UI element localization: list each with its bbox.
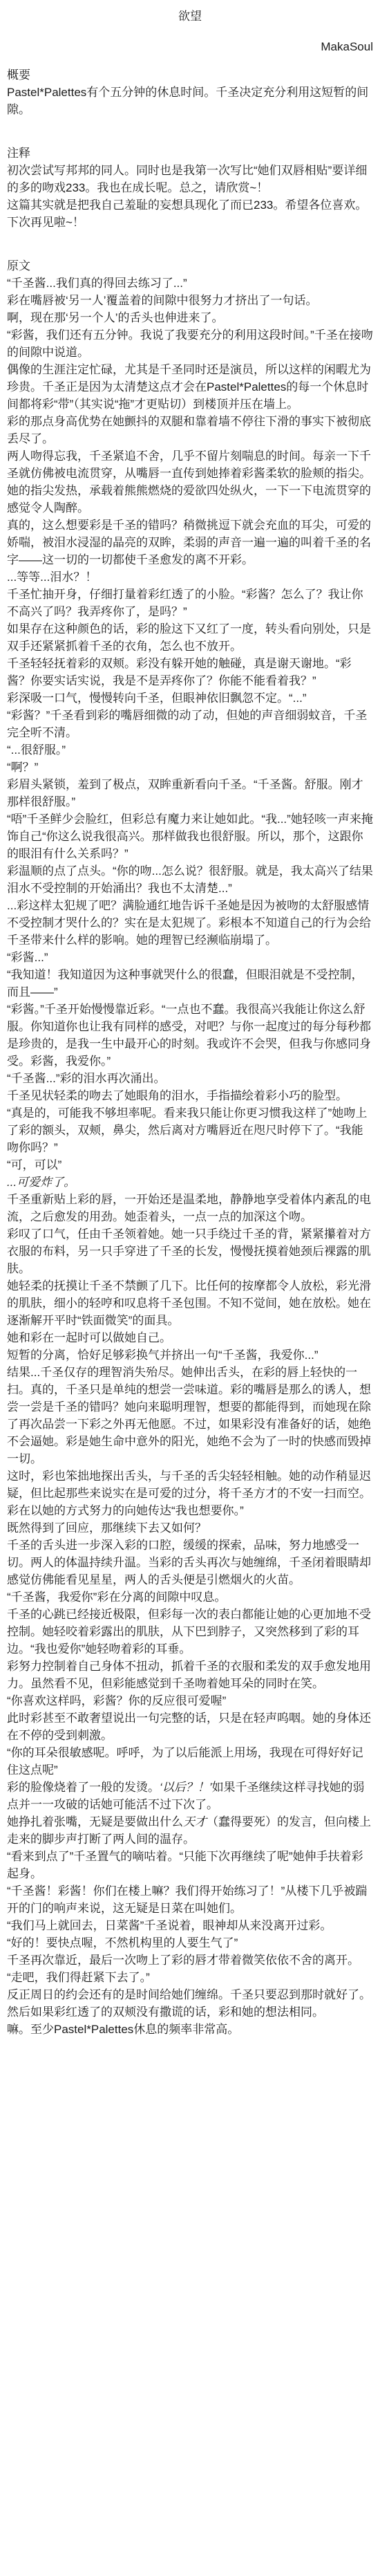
paragraph-run: “唔”千圣鲜少会脸红，但彩总有魔力来让她如此。“我...”她轻咳一声来掩饰自己“… [7,813,373,860]
paragraph: ...等等...泪水？！ [7,568,373,586]
paragraph-run: 两人吻得忘我，千圣紧追不舍，几乎不留片刻喘息的时间。每亲一下千圣就仿佛被电流贯穿… [7,450,371,515]
paragraph-run: 她和彩在一起时可以做她自己。 [7,1331,171,1344]
paragraph-run: 此时彩甚至不敢奢望说出一句完整的话，只是在轻声呜咽。她的身体还在不停的受到刺激。 [7,1712,371,1742]
paragraph: 真的，这么想要彩是千圣的错吗？稍微挑逗下就会充血的耳尖，可爱的娇喘，被泪水浸湿的… [7,517,373,568]
paragraph: “我们马上就回去，日菜酱”千圣说着，眼神却从来没离开过彩。 [7,1917,373,1934]
paragraph: “真是的，可能我不够坦率呢。看来我只能让你更习惯我这样了”她吻上了彩的额头，双颊… [7,1104,373,1156]
paragraph: 彩的脸像烧着了一般的发烫。‘以后？！’如果千圣继续这样寻找她的弱点并一一攻破的话… [7,1779,373,1813]
section-heading: 原文 [7,257,373,275]
paragraph: 千圣重新贴上彩的唇，一开始还是温柔地，静静地享受着体内紊乱的电流，之后愈发的用劲… [7,1191,373,1225]
paragraph-run: Pastel*Palettes有个五分钟的休息时间。千圣决定充分利用这短暂的间隙… [7,86,368,116]
paragraph-run: 短暂的分离，恰好足够彩换气并挤出一句“千圣酱，我爱你...” [7,1349,319,1362]
paragraph: 嘛。至少Pastel*Palettes休息的频率非常高。 [7,2021,373,2038]
paragraph-run: “我知道！我知道因为这种事就哭什么的很蠢，但眼泪就是不受控制，而且——” [7,968,363,999]
paragraph: ...可爱炸了。 [7,1174,373,1191]
paragraph: “彩酱。”千圣开始慢慢靠近彩。“一点也不蠢。我很高兴我能让你这么舒服。你知道你也… [7,1001,373,1070]
paragraph: ...彩这样太犯规了吧？满脸通红地告诉千圣她是因为被吻的太舒服感情不受控制才哭什… [7,897,373,949]
paragraph-run: ...等等...泪水？！ [7,571,97,584]
paragraph-run: 彩努力控制着自己身体不扭动，抓着千圣的衣服和柔发的双手愈发地用力。虽然看不见，但… [7,1660,371,1690]
paragraph-run: 真的，这么想要彩是千圣的错吗？稍微挑逗下就会充血的耳尖，可爱的娇喘，被泪水浸湿的… [7,519,371,566]
paragraph-run: 这时，彩也笨拙地探出舌头，与千圣的舌尖轻轻相触。她的动作稍显迟疑，但比起那些来说… [7,1470,371,1517]
paragraph-run-italic: ‘以后？！’ [160,1781,212,1794]
paragraph-run: “我们马上就回去，日菜酱”千圣说着，眼神却从来没离开过彩。 [7,1919,332,1932]
paragraph: 彩在嘴唇被‘另一人’覆盖着的间隙中很努力才挤出了一句话。 [7,292,373,309]
paragraph: “你喜欢这样吗，彩酱？你的反应很可爱喔” [7,1692,373,1709]
paragraph: 彩努力控制着自己身体不扭动，抓着千圣的衣服和柔发的双手愈发地用力。虽然看不见，但… [7,1658,373,1692]
paragraph-run: “千圣酱...我们真的得回去练习了...” [7,277,187,290]
paragraph-run: 彩的那点身高优势在她颤抖的双腿和靠着墙不停往下滑的事实下被彻底丢尽了。 [7,415,371,445]
paragraph: 彩深吸一口气，慢慢转向千圣，但眼神依旧飘忽不定。“...” [7,689,373,707]
paragraph-run: 彩叹了口气，任由千圣领着她。她一只手绕过千圣的背，紧紧攥着对方衣服的布料，另一只… [7,1227,371,1275]
paragraph-run: 如果存在这种颜色的话，彩的脸这下又红了一度，转头看向别处，只是双手还紧紧抓着千圣… [7,622,371,653]
paragraph: “千圣酱...”彩的泪水再次涌出。 [7,1070,373,1087]
paragraph-run: “彩酱，我们还有五分钟。我说了我要充分的利用这段时间。”千圣在接吻的间隙中说道。 [7,328,373,359]
paragraph-run: 然后如果彩红透了的双颊没有撒谎的话，彩和她的想法相同。 [7,2005,324,2019]
paragraph-run: 千圣忙抽开身，仔细打量着彩红透了的小脸。“彩酱？怎么了？我让你不高兴了吗？我弄疼… [7,588,363,618]
paragraph: 这篇其实就是把我自己羞耻的妄想具现化了而已233。希望各位喜欢。下次再见啦~！ [7,196,373,231]
paragraph: 她和彩在一起时可以做她自己。 [7,1329,373,1346]
section-notes: 注释初次尝试写邦邦的同人。同时也是我第一次写比“她们双唇相贴”要详细的多的吻戏2… [7,145,373,231]
paragraph: “好的！要快点喔，不然机构里的人要生气了” [7,1934,373,1952]
section-body: 原文“千圣酱...我们真的得回去练习了...”彩在嘴唇被‘另一人’覆盖着的间隙中… [7,257,373,2038]
paragraph-run: 千圣再次靠近，最后一次吻上了彩的唇才带着微笑依依不舍的离开。 [7,1954,359,1967]
paragraph-run: “走吧，我们得赶紧下去了。” [7,1971,150,1984]
paragraph: Pastel*Palettes有个五分钟的休息时间。千圣决定充分利用这短暂的间隙… [7,84,373,118]
paragraph-run: 结果...千圣仅存的理智消失殆尽。她伸出舌头，在彩的唇上轻快的一扫。真的，千圣只… [7,1366,371,1465]
paragraph: “唔”千圣鲜少会脸红，但彩总有魔力来让她如此。“我...”她轻咳一声来掩饰自己“… [7,810,373,862]
paragraph: “彩酱...” [7,949,373,966]
document-page: 欲望 MakaSoul 概要Pastel*Palettes有个五分钟的休息时间。… [0,0,380,2576]
paragraph-run: 嘛。至少Pastel*Palettes休息的频率非常高。 [7,2023,239,2036]
paragraph: “...很舒服。” [7,741,373,759]
document-sections: 概要Pastel*Palettes有个五分钟的休息时间。千圣决定充分利用这短暂的… [7,66,373,2038]
paragraph: 反正周日的约会还有的是时间给她们缠绵。千圣只要忍到那时就好了。 [7,1986,373,2003]
paragraph-run: “...很舒服。” [7,743,66,757]
paragraph-run: 这篇其实就是把我自己羞耻的妄想具现化了而已233。希望各位喜欢。下次再见啦~！ [7,198,367,229]
paragraph: “千圣酱，我爱你”彩在分离的间隙中叹息。 [7,1588,373,1606]
section-heading: 概要 [7,66,373,84]
paragraph-run: ...彩这样太犯规了吧？满脸通红地告诉千圣她是因为被吻的太舒服感情不受控制才哭什… [7,899,371,947]
paragraph-run: “看来到点了”千圣置气的嘀咕着。“只能下次再继续了呢”她伸手扶着彩起身。 [7,1850,363,1880]
paragraph-run: 千圣重新贴上彩的唇，一开始还是温柔地，静静地享受着体内紊乱的电流，之后愈发的用劲… [7,1193,371,1223]
paragraph: 彩眉头紧锁，羞到了极点，双眸重新看向千圣。“千圣酱。舒服。刚才那样很舒服。” [7,776,373,810]
paragraph-run: 既然得到了回应，那继续下去又如何？ [7,1521,207,1535]
paragraph-run: 她轻柔的抚摸让千圣不禁颤了几下。比任何的按摩都令人放松，彩光滑的肌肤，细小的轻哼… [7,1279,371,1327]
paragraph: 千圣见状轻柔的吻去了她眼角的泪水，手指描绘着彩小巧的脸型。 [7,1087,373,1104]
paragraph: 她挣扎着张嘴，无疑是要做出什么天才（蠢得要死）的发言，但向楼上走来的脚步声打断了… [7,1813,373,1848]
paragraph-run: “真是的，可能我不够坦率呢。看来我只能让你更习惯我这样了”她吻上了彩的额头，双颊… [7,1106,367,1154]
paragraph: 她轻柔的抚摸让千圣不禁颤了几下。比任何的按摩都令人放松，彩光滑的肌肤，细小的轻哼… [7,1277,373,1329]
paragraph-run: 初次尝试写邦邦的同人。同时也是我第一次写比“她们双唇相贴”要详细的多的吻戏233… [7,164,367,194]
paragraph-run: 她挣扎着张嘴，无疑是要做出什么 [7,1815,183,1828]
paragraph-run: 彩眉头紧锁，羞到了极点，双眸重新看向千圣。“千圣酱。舒服。刚才那样很舒服。” [7,778,363,808]
paragraph-run: 千圣的心跳已经接近极限，但彩每一次的表白都能让她的心更加地不受控制。她轻咬着彩露… [7,1608,371,1656]
paragraph: “彩酱，我们还有五分钟。我说了我要充分的利用这段时间。”千圣在接吻的间隙中说道。 [7,326,373,361]
paragraph: 彩的那点身高优势在她颤抖的双腿和靠着墙不停往下滑的事实下被彻底丢尽了。 [7,413,373,447]
paragraph: 千圣的舌头进一步深入彩的口腔，缓缓的探索，品味，努力地感受一切。两人的体温持续升… [7,1537,373,1588]
paragraph-run: “可，可以” [7,1158,61,1171]
paragraph-run: “啊？” [7,761,38,774]
paragraph-run: “你的耳朵很敏感呢。呼呼，为了以后能派上用场，我现在可得好好记住这点呢” [7,1746,363,1777]
paragraph: 然后如果彩红透了的双颊没有撒谎的话，彩和她的想法相同。 [7,2003,373,2021]
paragraph: 既然得到了回应，那继续下去又如何？ [7,1519,373,1537]
section-summary: 概要Pastel*Palettes有个五分钟的休息时间。千圣决定充分利用这短暂的… [7,66,373,118]
paragraph-run: 千圣见状轻柔的吻去了她眼角的泪水，手指描绘着彩小巧的脸型。 [7,1089,348,1102]
paragraph-run: “好的！要快点喔，不然机构里的人要生气了” [7,1936,238,1949]
paragraph-run: 彩在嘴唇被‘另一人’覆盖着的间隙中很努力才挤出了一句话。 [7,294,318,307]
paragraph: 短暂的分离，恰好足够彩换气并挤出一句“千圣酱，我爱你...” [7,1346,373,1364]
page-title: 欲望 [7,8,373,25]
paragraph-run: 彩的脸像烧着了一般的发烫。 [7,1781,160,1794]
paragraph-run-italic: 天才 [183,1815,207,1828]
paragraph: “走吧，我们得赶紧下去了。” [7,1969,373,1986]
paragraph: 千圣忙抽开身，仔细打量着彩红透了的小脸。“彩酱？怎么了？我让你不高兴了吗？我弄疼… [7,586,373,620]
paragraph: 结果...千圣仅存的理智消失殆尽。她伸出舌头，在彩的唇上轻快的一扫。真的，千圣只… [7,1364,373,1467]
paragraph: 两人吻得忘我，千圣紧追不舍，几乎不留片刻喘息的时间。每亲一下千圣就仿佛被电流贯穿… [7,447,373,517]
paragraph: “千圣酱...我们真的得回去练习了...” [7,275,373,292]
paragraph-run: “你喜欢这样吗，彩酱？你的反应很可爱喔” [7,1694,226,1707]
paragraph-run: 偶像的生涯注定忙碌，尤其是千圣同时还是演员，所以这样的闲暇尤为珍贵。千圣正是因为… [7,363,371,411]
paragraph: 如果存在这种颜色的话，彩的脸这下又红了一度，转头看向别处，只是双手还紧紧抓着千圣… [7,620,373,655]
author-name: MakaSoul [7,39,373,55]
paragraph-run: “千圣酱！彩酱！你们在楼上嘛？我们得开始练习了！”从楼下几乎被踹开的门的响声来说… [7,1884,367,1915]
paragraph-run: 啊，现在那‘另一个人’的舌头也伸进来了。 [7,311,224,324]
paragraph-run: “彩酱...” [7,951,48,964]
paragraph-run: 千圣的舌头进一步深入彩的口腔，缓缓的探索，品味，努力地感受一切。两人的体温持续升… [7,1539,371,1586]
paragraph-run: “彩酱？”千圣看到彩的嘴唇细微的动了动，但她的声音细弱蚊音，千圣完全听不清。 [7,709,367,739]
section-heading: 注释 [7,145,373,162]
paragraph: “我知道！我知道因为这种事就哭什么的很蠢，但眼泪就是不受控制，而且——” [7,966,373,1001]
paragraph-run: “千圣酱...”彩的泪水再次涌出。 [7,1072,166,1085]
paragraph: 千圣轻轻抚着彩的双颊。彩没有躲开她的触碰，真是谢天谢地。“彩酱？你要实话实说，我… [7,655,373,689]
paragraph-run: 千圣轻轻抚着彩的双颊。彩没有躲开她的触碰，真是谢天谢地。“彩酱？你要实话实说，我… [7,657,352,687]
paragraph: “你的耳朵很敏感呢。呼呼，为了以后能派上用场，我现在可得好好记住这点呢” [7,1744,373,1779]
paragraph: 彩叹了口气，任由千圣领着她。她一只手绕过千圣的背，紧紧攥着对方衣服的布料，另一只… [7,1225,373,1277]
paragraph-run: 反正周日的约会还有的是时间给她们缠绵。千圣只要忍到那时就好了。 [7,1988,371,2001]
paragraph: 初次尝试写邦邦的同人。同时也是我第一次写比“她们双唇相贴”要详细的多的吻戏233… [7,162,373,196]
paragraph-run: “彩酱。”千圣开始慢慢靠近彩。“一点也不蠢。我很高兴我能让你这么舒服。你知道你也… [7,1003,371,1068]
paragraph: “看来到点了”千圣置气的嘀咕着。“只能下次再继续了呢”她伸手扶着彩起身。 [7,1848,373,1882]
paragraph-run: 彩深吸一口气，慢慢转向千圣，但眼神依旧飘忽不定。“...” [7,692,307,705]
paragraph: 此时彩甚至不敢奢望说出一句完整的话，只是在轻声呜咽。她的身体还在不停的受到刺激。 [7,1709,373,1744]
paragraph: 彩温顺的点了点头。“你的吻...怎么说？很舒服。就是，我太高兴了结果泪水不受控制… [7,862,373,897]
paragraph: “可，可以” [7,1156,373,1174]
paragraph: 啊，现在那‘另一个人’的舌头也伸进来了。 [7,309,373,326]
paragraph: “彩酱？”千圣看到彩的嘴唇细微的动了动，但她的声音细弱蚊音，千圣完全听不清。 [7,707,373,741]
paragraph: “千圣酱！彩酱！你们在楼上嘛？我们得开始练习了！”从楼下几乎被踹开的门的响声来说… [7,1882,373,1917]
paragraph: 千圣的心跳已经接近极限，但彩每一次的表白都能让她的心更加地不受控制。她轻咬着彩露… [7,1606,373,1658]
paragraph-run: “千圣酱，我爱你”彩在分离的间隙中叹息。 [7,1591,226,1604]
paragraph: “啊？” [7,759,373,776]
paragraph-run-italic: ...可爱炸了。 [7,1176,75,1189]
paragraph-run: 彩温顺的点了点头。“你的吻...怎么说？很舒服。就是，我太高兴了结果泪水不受控制… [7,864,373,895]
paragraph: 这时，彩也笨拙地探出舌头，与千圣的舌尖轻轻相触。她的动作稍显迟疑，但比起那些来说… [7,1467,373,1519]
paragraph: 偶像的生涯注定忙碌，尤其是千圣同时还是演员，所以这样的闲暇尤为珍贵。千圣正是因为… [7,361,373,413]
paragraph: 千圣再次靠近，最后一次吻上了彩的唇才带着微笑依依不舍的离开。 [7,1952,373,1969]
